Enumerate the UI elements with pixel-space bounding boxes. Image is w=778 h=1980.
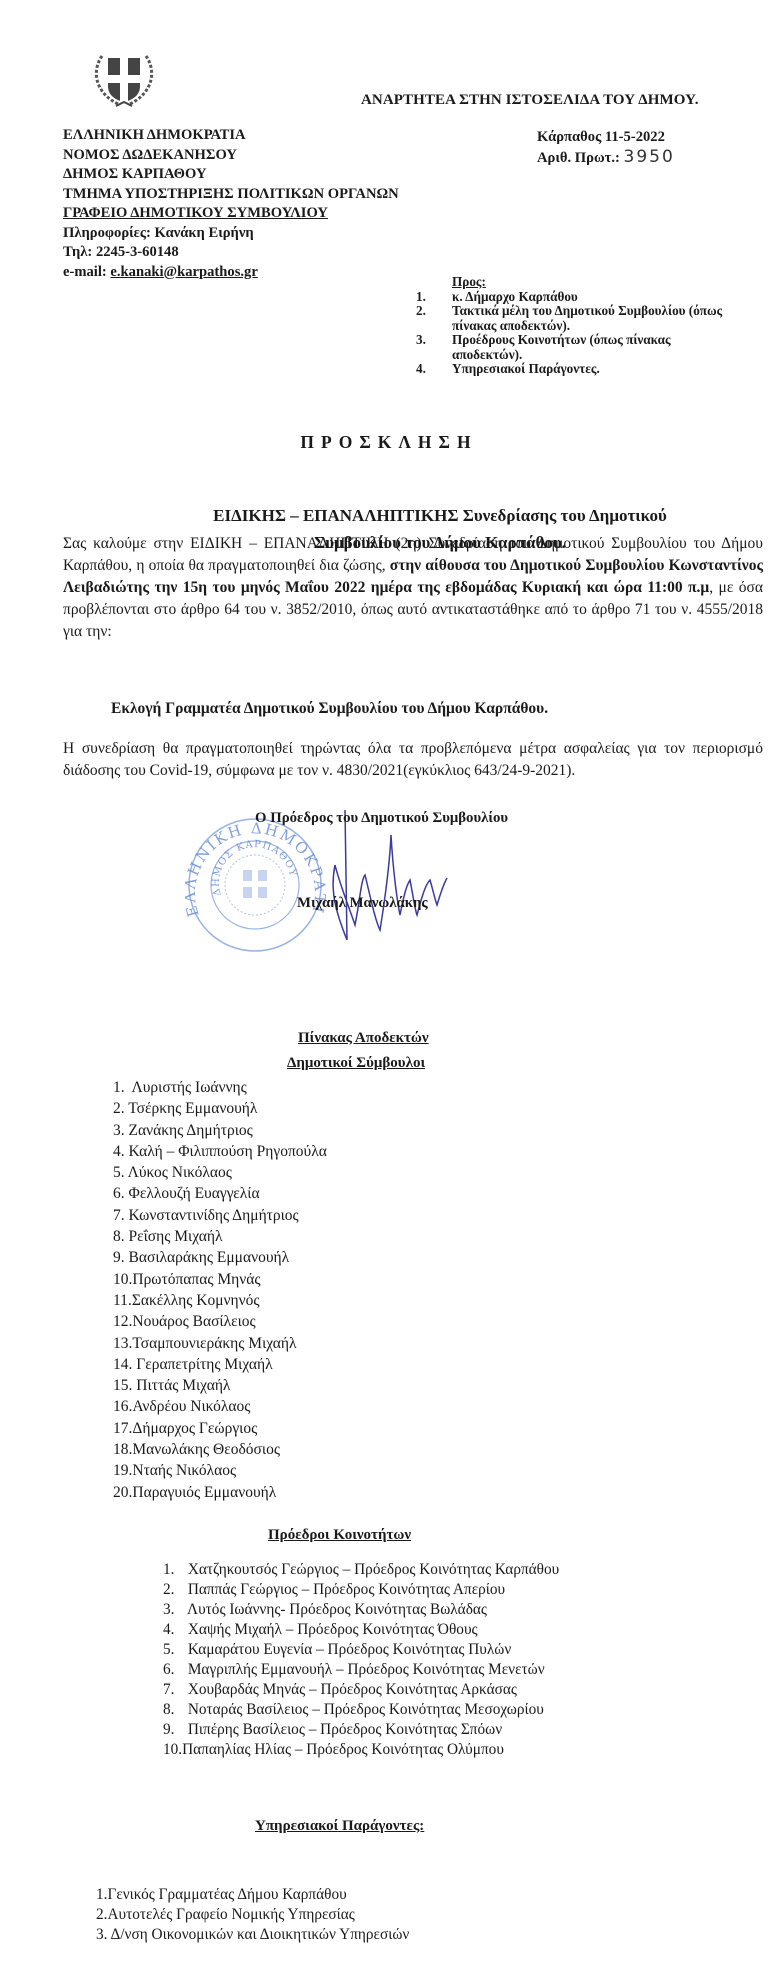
president-name: Λυτός Ιωάννης- Πρόεδρος Κοινότητας Βωλάδ… [184,1601,487,1618]
president-item: 8. Νοταράς Βασίλειος – Πρόεδρος Κοινότητ… [163,1700,559,1720]
item-number: 10. [163,1740,182,1760]
item-number: 6. [163,1660,184,1680]
protocol-number: 3950 [624,147,675,167]
president-item: 6. Μαγριπλής Εμμανουήλ – Πρόεδρος Κοινότ… [163,1660,559,1680]
services-list: 1.Γενικός Γραμματέας Δήμου Καρπάθου2.Αυτ… [96,1885,409,1944]
org-line: ΔΗΜΟΣ ΚΑΡΠΑΘΟΥ [63,165,399,185]
councillor-item: 10.Πρωτόπαπας Μηνάς [113,1269,327,1290]
councillor-name: Λυριστής Ιωάννης [125,1079,247,1096]
president-item: 9. Πιπέρης Βασίλειος – Πρόεδρος Κοινότητ… [163,1720,559,1740]
councillor-name: Ανδρέου Νικόλαος [132,1398,250,1415]
president-item: 5. Καμαράτου Ευγενία – Πρόεδρος Κοινότητ… [163,1640,559,1660]
councillor-item: 13.Τσαμπουνιεράκης Μιχαήλ [113,1333,327,1354]
item-number: 2. [416,304,452,333]
item-number: 11. [113,1290,132,1311]
item-number: 2. [163,1580,184,1600]
item-number: 1. [416,290,452,305]
president-item: 1. Χατζηκουτσός Γεώργιος – Πρόεδρος Κοιν… [163,1560,559,1580]
councillor-item: 19.Νταής Νικόλαος [113,1460,327,1481]
item-number: 9. [163,1720,184,1740]
councillor-name: Βασιλαράκης Εμμανουήλ [125,1249,290,1266]
protocol-row: Αριθ. Πρωτ.: 3950 [537,148,675,169]
councillor-item: 17.Δήμαρχος Γεώργιος [113,1418,327,1439]
item-number: 10. [113,1269,132,1290]
councillors-title: Δημοτικοί Σύμβουλοι [287,1055,425,1072]
phone: Τηλ: 2245-3-60148 [63,243,399,263]
item-number: 5. [163,1640,184,1660]
councillor-item: 7. Κωνσταντινίδης Δημήτριος [113,1205,327,1226]
email-row: e-mail: e.kanaki@karpathos.gr [63,263,399,283]
signatory-role: Ο Πρόεδρος του Δημοτικού Συμβουλίου [255,810,508,827]
item-number: 4. [416,362,452,377]
councillor-item: 9. Βασιλαράκης Εμμανουήλ [113,1247,327,1268]
councillor-name: Κωνσταντινίδης Δημήτριος [125,1207,299,1224]
service-item: 1.Γενικός Γραμματέας Δήμου Καρπάθου [96,1885,409,1905]
item-number: 19. [113,1460,132,1481]
president-name: Χουβαρδάς Μηνάς – Πρόεδρος Κοινότητας Αρ… [184,1681,517,1698]
item-number: 13. [113,1333,132,1354]
item-number: 3. [113,1120,125,1141]
councillor-name: Σακέλλης Κομνηνός [132,1292,260,1309]
item-number: 7. [163,1680,184,1700]
councillor-item: 4. Καλή – Φιλιππούση Ρηγοπούλα [113,1141,327,1162]
signature-ink [333,810,447,940]
councillor-item: 15. Πιττάς Μιχαήλ [113,1375,327,1396]
councillor-name: Γεραπετρίτης Μιχαήλ [132,1356,272,1373]
office-name: ΓΡΑΦΕΙΟ ΔΗΜΟΤΙΚΟΥ ΣΥΜΒΟΥΛΙΟΥ [63,204,399,224]
recipient-text: Τακτικά μέλη του Δημοτικού Συμβουλίου (ό… [452,304,736,333]
councillor-item: 8. Ρεΐσης Μιχαήλ [113,1226,327,1247]
post-on-website-note: ΑΝΑΡΤΗΤΕΑ ΣΤΗΝ ΙΣΤΟΣΕΛΙΔΑ ΤΟΥ ΔΗΜΟΥ. [361,92,699,109]
presidents-list: 1. Χατζηκουτσός Γεώργιος – Πρόεδρος Κοιν… [163,1560,559,1760]
service-item: 2.Αυτοτελές Γραφείο Νομικής Υπηρεσίας [96,1905,409,1925]
councillor-item: 16.Ανδρέου Νικόλαος [113,1396,327,1417]
email-label: e-mail: [63,264,107,280]
item-number: 7. [113,1205,125,1226]
item-number: 20. [113,1482,132,1503]
councillor-name: Δήμαρχος Γεώργιος [132,1420,257,1437]
item-number: 14. [113,1354,132,1375]
president-name: Παππάς Γεώργιος – Πρόεδρος Κοινότητας Απ… [184,1581,505,1598]
president-name: Παπαηλίας Ηλίας – Πρόεδρος Κοινότητας Ολ… [182,1741,504,1758]
president-item: 7. Χουβαρδάς Μηνάς – Πρόεδρος Κοινότητας… [163,1680,559,1700]
recipient-text: Προέδρους Κοινοτήτων (όπως πίνακας αποδε… [452,333,736,362]
item-number: 6. [113,1183,125,1204]
presidents-title: Πρόεδροι Κοινοτήτων [268,1527,411,1544]
councillor-item: 1. Λυριστής Ιωάννης [113,1077,327,1098]
email-link[interactable]: e.kanaki@karpathos.gr [110,264,257,280]
councillor-item: 11.Σακέλλης Κομνηνός [113,1290,327,1311]
councillor-name: Τσαμπουνιεράκης Μιχαήλ [132,1335,296,1352]
recipient-text: Υπηρεσιακοί Παράγοντες. [452,362,600,377]
recipient-item: 3.Προέδρους Κοινοτήτων (όπως πίνακας απο… [416,333,736,362]
councillor-name: Τσέρκης Εμμανουήλ [125,1100,258,1117]
item-number: 4. [113,1141,125,1162]
councillor-item: 2. Τσέρκης Εμμανουήλ [113,1098,327,1119]
covid-paragraph: Η συνεδρίαση θα πραγματοποιηθεί τηρώντας… [63,738,763,782]
item-number: 16. [113,1396,132,1417]
agenda-item: Εκλογή Γραμματέα Δημοτικού Συμβουλίου το… [111,700,548,718]
invitation-paragraph: Σας καλούμε στην ΕΙΔΙΚΗ – ΕΠΑΝΑΛΗΠΤΙΚΗ (… [63,533,763,643]
item-number: 17. [113,1418,132,1439]
president-item: 10.Παπαηλίας Ηλίας – Πρόεδρος Κοινότητας… [163,1740,559,1760]
councillor-name: Ρεΐσης Μιχαήλ [125,1228,223,1245]
councillor-name: Νταής Νικόλαος [132,1462,236,1479]
councillor-item: 3. Ζανάκης Δημήτριος [113,1120,327,1141]
councillor-name: Καλή – Φιλιππούση Ρηγοπούλα [125,1143,327,1160]
item-number: 5. [113,1162,125,1183]
councillor-item: 14. Γεραπετρίτης Μιχαήλ [113,1354,327,1375]
document-meta: Κάρπαθος 11-5-2022 Αριθ. Πρωτ.: 3950 [537,128,675,168]
president-name: Χαψής Μιχαήλ – Πρόεδρος Κοινότητας Όθους [184,1621,478,1638]
councillor-name: Φελλουζή Ευαγγελία [125,1185,260,1202]
subtitle-line: ΕΙΔΙΚΗΣ – ΕΠΑΝΑΛΗΠΤΙΚΗΣ Συνεδρίασης του … [140,502,740,529]
service-item: 3. Δ/νση Οικονομικών και Διοικητικών Υπη… [96,1925,409,1945]
councillor-name: Πιττάς Μιχαήλ [132,1377,230,1394]
councillors-list: 1. Λυριστής Ιωάννης2. Τσέρκης Εμμανουήλ3… [113,1077,327,1503]
item-number: 1. [113,1077,125,1098]
recipient-item: 1. κ. Δήμαρχο Καρπάθου [416,290,736,305]
councillor-item: 18.Μανωλάκης Θεοδόσιος [113,1439,327,1460]
recipient-item: 4.Υπηρεσιακοί Παράγοντες. [416,362,736,377]
councillor-item: 5. Λύκος Νικόλαος [113,1162,327,1183]
president-item: 2. Παππάς Γεώργιος – Πρόεδρος Κοινότητας… [163,1580,559,1600]
item-number: 18. [113,1439,132,1460]
protocol-label: Αριθ. Πρωτ.: [537,150,620,166]
recipient-list-title: Πίνακας Αποδεκτών [298,1030,429,1047]
president-name: Πιπέρης Βασίλειος – Πρόεδρος Κοινότητας … [184,1721,502,1738]
item-number: 4. [163,1620,184,1640]
item-number: 3. [163,1600,184,1620]
councillor-item: 20.Παραγυιός Εμμανουήλ [113,1482,327,1503]
recipients-list: 1. κ. Δήμαρχο Καρπάθου2.Τακτικά μέλη του… [416,290,736,377]
recipients-block: Προς: 1. κ. Δήμαρχο Καρπάθου2.Τακτικά μέ… [416,275,736,377]
councillor-item: 12.Νουάρος Βασίλειος [113,1311,327,1332]
item-number: 12. [113,1311,132,1332]
item-number: 15. [113,1375,132,1396]
councillor-name: Ζανάκης Δημήτριος [125,1122,253,1139]
councillor-name: Νουάρος Βασίλειος [132,1313,255,1330]
recipient-item: 2.Τακτικά μέλη του Δημοτικού Συμβουλίου … [416,304,736,333]
president-item: 4. Χαψής Μιχαήλ – Πρόεδρος Κοινότητας Όθ… [163,1620,559,1640]
councillor-name: Μανωλάκης Θεοδόσιος [132,1441,280,1458]
org-line: ΕΛΛΗΝΙΚΗ ΔΗΜΟΚΡΑΤΙΑ [63,126,399,146]
item-number: 3. [416,333,452,362]
item-number: 2. [113,1098,125,1119]
councillor-name: Πρωτόπαπας Μηνάς [132,1271,260,1288]
councillor-name: Λύκος Νικόλαος [125,1164,232,1181]
signatory-name: Μιχαήλ Μανωλάκης [297,895,428,912]
organization-block: ΕΛΛΗΝΙΚΗ ΔΗΜΟΚΡΑΤΙΑ ΝΟΜΟΣ ΔΩΔΕΚΑΝΗΣΟΥ ΔΗ… [63,126,399,282]
president-name: Καμαράτου Ευγενία – Πρόεδρος Κοινότητας … [184,1641,511,1658]
president-item: 3. Λυτός Ιωάννης- Πρόεδρος Κοινότητας Βω… [163,1600,559,1620]
item-number: 8. [113,1226,125,1247]
president-name: Χατζηκουτσός Γεώργιος – Πρόεδρος Κοινότη… [184,1561,559,1578]
greek-coat-of-arms-icon [88,48,160,110]
recipient-text: κ. Δήμαρχο Καρπάθου [452,290,578,305]
invitation-title: ΠΡΟΣΚΛΗΣΗ [0,432,778,453]
item-number: 1. [163,1560,184,1580]
item-number: 9. [113,1247,125,1268]
place-date: Κάρπαθος 11-5-2022 [537,128,675,148]
org-line: ΝΟΜΟΣ ΔΩΔΕΚΑΝΗΣΟΥ [63,146,399,166]
councillor-item: 6. Φελλουζή Ευαγγελία [113,1183,327,1204]
org-line: ΤΜΗΜΑ ΥΠΟΣΤΗΡΙΞΗΣ ΠΟΛΙΤΙΚΩΝ ΟΡΓΑΝΩΝ [63,185,399,205]
services-title: Υπηρεσιακοί Παράγοντες: [255,1818,424,1835]
president-name: Μαγριπλής Εμμανουήλ – Πρόεδρος Κοινότητα… [184,1661,545,1678]
item-number: 8. [163,1700,184,1720]
president-name: Νοταράς Βασίλειος – Πρόεδρος Κοινότητας … [184,1701,544,1718]
recipients-title: Προς: [452,275,736,290]
info-contact: Πληροφορίες: Κανάκη Ειρήνη [63,224,399,244]
councillor-name: Παραγυιός Εμμανουήλ [132,1484,276,1501]
